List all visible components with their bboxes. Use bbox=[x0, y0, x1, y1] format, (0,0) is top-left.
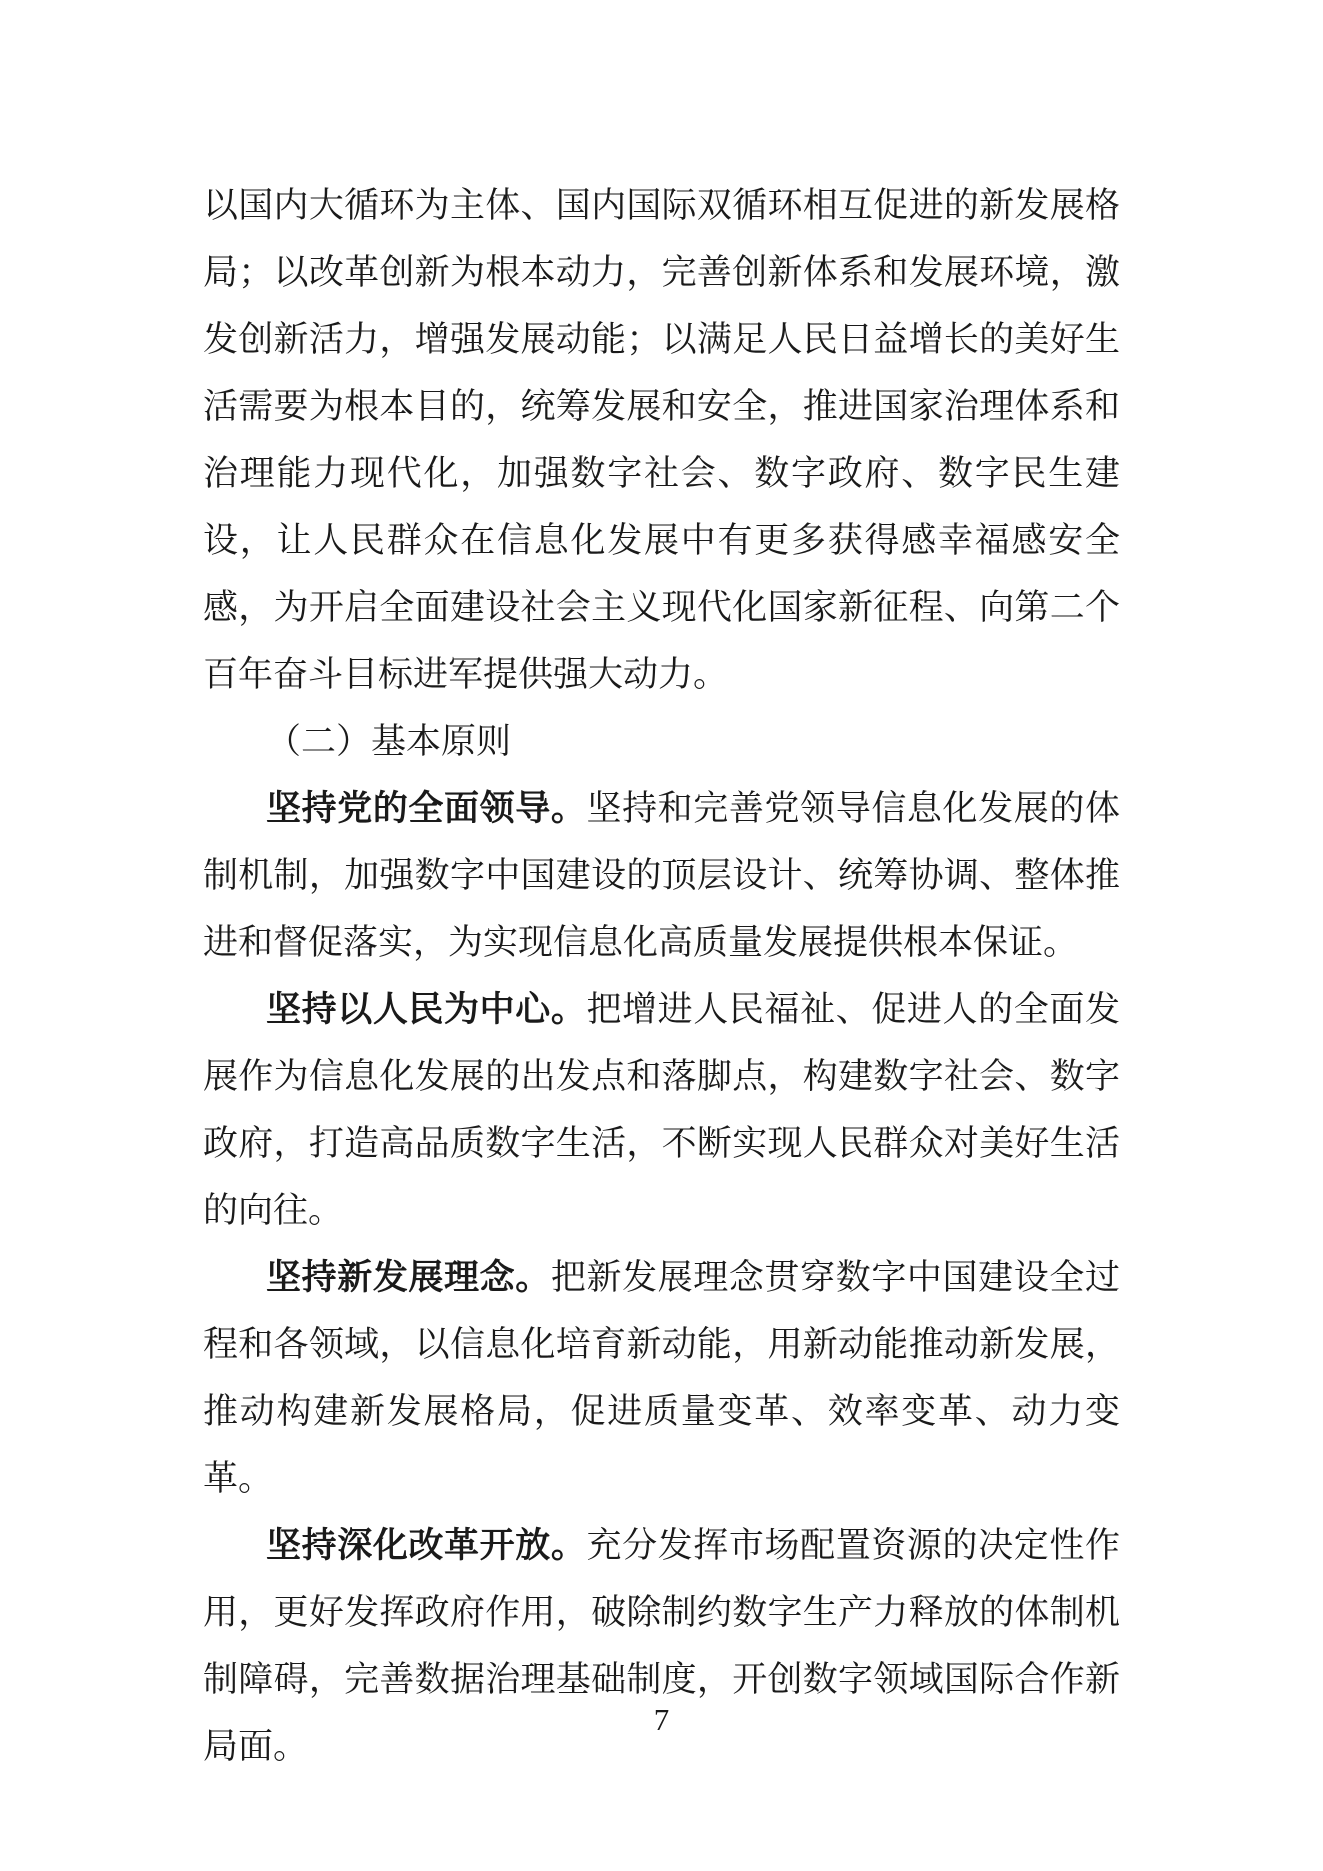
bold-lead-text: 坚持深化改革开放。 bbox=[266, 1526, 586, 1565]
section-heading-basic-principles: （二）基本原则 bbox=[203, 708, 1120, 775]
bold-lead-text: 坚持新发展理念。 bbox=[266, 1258, 551, 1297]
bold-lead-text: 坚持党的全面领导。 bbox=[266, 789, 586, 828]
page-number: 7 bbox=[203, 1700, 1120, 1740]
paragraph-continuation: 以国内大循环为主体、国内国际双循环相互促进的新发展格局；以改革创新为根本动力，完… bbox=[203, 172, 1120, 708]
paragraph-principle-party-leadership: 坚持党的全面领导。坚持和完善党领导信息化发展的体制机制，加强数字中国建设的顶层设… bbox=[203, 775, 1120, 976]
body-text: （二）基本原则 bbox=[266, 722, 511, 761]
body-text: 以国内大循环为主体、国内国际双循环相互促进的新发展格局；以改革创新为根本动力，完… bbox=[203, 186, 1120, 694]
document-page: 以国内大循环为主体、国内国际双循环相互促进的新发展格局；以改革创新为根本动力，完… bbox=[0, 0, 1323, 1871]
text-block: 以国内大循环为主体、国内国际双循环相互促进的新发展格局；以改革创新为根本动力，完… bbox=[203, 172, 1120, 1780]
bold-lead-text: 坚持以人民为中心。 bbox=[266, 990, 586, 1029]
paragraph-principle-new-development-concept: 坚持新发展理念。把新发展理念贯穿数字中国建设全过程和各领域，以信息化培育新动能，… bbox=[203, 1244, 1120, 1512]
paragraph-principle-people-centered: 坚持以人民为中心。把增进人民福祉、促进人的全面发展作为信息化发展的出发点和落脚点… bbox=[203, 976, 1120, 1244]
